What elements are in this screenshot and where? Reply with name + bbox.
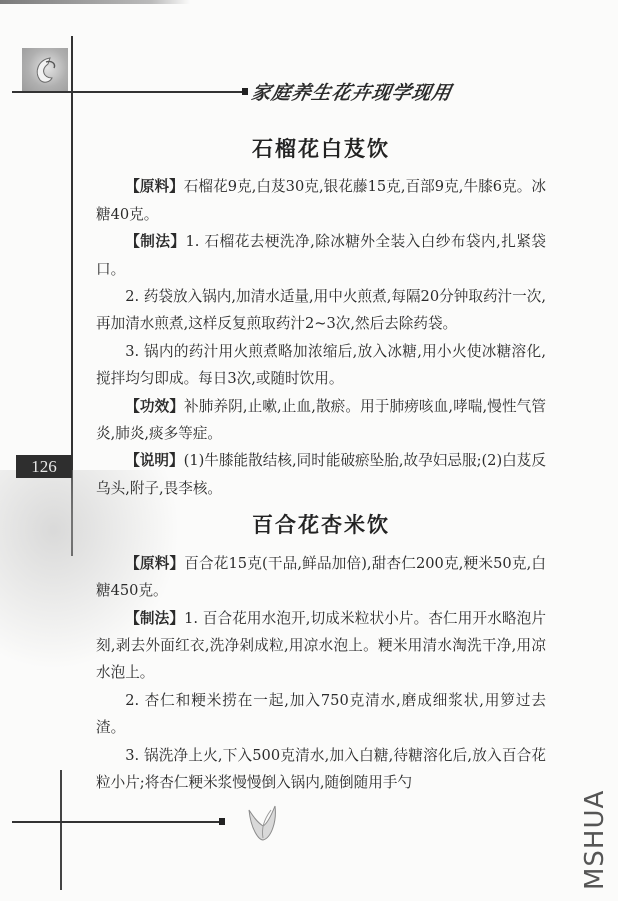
recipe-step: 3. 锅内的药汁用火煎煮略加浓缩后,放入冰糖,用小火使冰糖溶化,搅拌均匀即成。每… [96, 338, 546, 393]
recipe-title: 百合花杏米饮 [96, 512, 546, 539]
recipe-section: 【制法】1. 百合花用水泡开,切成米粒状小片。杏仁用开水略泡片刻,剥去外面红衣,… [96, 605, 546, 687]
recipe-step: 2. 药袋放入锅内,加清水适量,用中火煎煮,每隔20分钟取药汁一次,再加清水煎煮… [96, 283, 546, 338]
flower-corner-icon [22, 48, 68, 92]
margin-rule-vertical-bottom [60, 770, 62, 890]
flower-bud-icon [30, 54, 60, 86]
section-tag: 【原料】 [125, 178, 184, 195]
page-number: 126 [16, 455, 72, 478]
flower-ornament-icon [245, 800, 279, 844]
section-text: 3. 锅内的药汁用火煎煮略加浓缩后,放入冰糖,用小火使冰糖溶化,搅拌均匀即成。每… [96, 343, 546, 387]
footer-rule [12, 821, 222, 823]
footer-bullet-icon [219, 818, 225, 825]
section-text: 2. 药袋放入锅内,加清水适量,用中火煎煮,每隔20分钟取药汁一次,再加清水煎煮… [96, 288, 546, 332]
header-bullet-icon [242, 88, 248, 95]
recipe-section: 【原料】石榴花9克,白芨30克,银花藤15克,百部9克,牛膝6克。冰糖40克。 [96, 173, 546, 228]
running-title: 家庭养生花卉现学现用 [250, 78, 455, 105]
page-body: 石榴花白芨饮 【原料】石榴花9克,白芨30克,银花藤15克,百部9克,牛膝6克。… [96, 130, 546, 796]
section-tag: 【制法】 [125, 233, 185, 250]
recipe-section: 【制法】1. 石榴花去梗洗净,除冰糖外全装入白纱布袋内,扎紧袋口。 [96, 228, 546, 283]
section-tag: 【说明】 [125, 452, 183, 469]
section-tag: 【原料】 [125, 555, 184, 572]
header-rule [12, 91, 242, 93]
section-tag: 【功效】 [125, 398, 184, 415]
top-edge-shadow [0, 0, 190, 4]
watermark-text: MSHUA [580, 790, 618, 890]
section-text: 2. 杏仁和粳米捞在一起,加入750克清水,磨成细浆状,用箩过去渣。 [96, 692, 546, 736]
recipe-step: 2. 杏仁和粳米捞在一起,加入750克清水,磨成细浆状,用箩过去渣。 [96, 687, 546, 742]
recipe-step: 3. 锅洗净上火,下入500克清水,加入白糖,待糖溶化后,放入百合花粒小片;将杏… [96, 742, 546, 797]
section-tag: 【制法】 [125, 610, 184, 627]
section-text: 3. 锅洗净上火,下入500克清水,加入白糖,待糖溶化后,放入百合花粒小片;将杏… [96, 747, 546, 791]
recipe-section: 【说明】(1)牛膝能散结核,同时能破瘀坠胎,故孕妇忌服;(2)白芨反乌头,附子,… [96, 447, 546, 502]
recipe-section: 【原料】百合花15克(干品,鲜品加倍),甜杏仁200克,粳米50克,白糖450克… [96, 550, 546, 605]
recipe-title: 石榴花白芨饮 [96, 136, 546, 163]
recipe-section: 【功效】补肺养阴,止嗽,止血,散瘀。用于肺痨咳血,哮喘,慢性气管炎,肺炎,痰多等… [96, 393, 546, 448]
